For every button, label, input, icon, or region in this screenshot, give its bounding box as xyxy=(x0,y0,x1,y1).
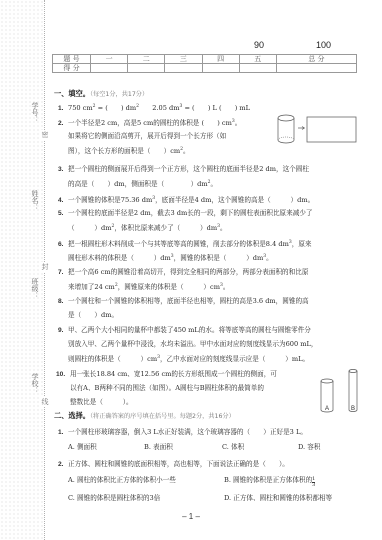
figure-label-b: B xyxy=(351,406,355,412)
binding-mark-xian: 线 xyxy=(40,397,50,407)
question-1-6-line2: 圆柱形木料的体积是（ ）dm3，圆锥的体积是（ ）dm3。 xyxy=(68,251,273,264)
score-col-5: 五 xyxy=(239,55,276,64)
q-text: 。 xyxy=(220,224,227,232)
option-2-1-d[interactable]: D. 容积 xyxy=(298,441,320,453)
score-col-total: 总 分 xyxy=(276,55,356,64)
question-1-9-line3: 则圆柱的体积是（ ）cm3，乙中水面对应的刻度线显示应是（ ）mL。 xyxy=(68,352,309,365)
section1-note: （每空1分，共17分） xyxy=(90,91,148,98)
question-number: 2. xyxy=(58,118,68,130)
question-1-1: 1.750 cm2 = ( ) dm2 2.05 dm3 = ( ) L ( )… xyxy=(58,101,250,115)
question-number: 8. xyxy=(58,296,68,308)
option-2-2-a[interactable]: A. 圆柱的体积比正方体的体积小一些 xyxy=(68,474,176,486)
q-text: 图），这个长方形的面积是（ ）cm xyxy=(68,147,180,155)
question-1-7: 7.把一个高6 cm的圆锥沿着高切开，得到完全相同的两部分，两部分表面积的和比原 xyxy=(58,266,308,279)
question-1-8-line2: 是（ ）dm。 xyxy=(68,309,118,321)
question-2-1: 1.一个圆柱形玻璃容器，倒入3 L水正好装满，这个玻璃容器的（ ）正好是3 L。 xyxy=(58,426,307,439)
question-1-10-line3: 整数比是（ ）。 xyxy=(70,396,133,408)
class-label: 班级： xyxy=(30,278,40,299)
q-text: 。 xyxy=(211,180,218,188)
question-number: 6. xyxy=(58,239,68,251)
score-table-header-row: 题 号 一 二 三 四 五 总 分 xyxy=(53,55,357,64)
question-number: 4. xyxy=(58,195,68,207)
section2-note: （将正确答案的序号填在括号里。每题2分，共16分） xyxy=(90,413,235,420)
q-text: 把一个高6 cm的圆锥沿着高切开，得到完全相同的两部分，两部分表面积的和比原 xyxy=(68,268,308,276)
score-col-4: 四 xyxy=(202,55,239,64)
q-text: = ( ) L ( ) mL xyxy=(182,104,250,112)
score-top-100: 100 xyxy=(316,40,331,50)
q-text: （ ）dm xyxy=(68,224,111,232)
question-1-5: 5.一个圆柱的底面半径是2 dm，截去3 dm长的一段，剩下的圆柱表面积比原来减… xyxy=(58,207,313,220)
score-cell[interactable] xyxy=(128,64,165,73)
question-number: 2. xyxy=(58,459,68,471)
score-cell[interactable] xyxy=(165,64,202,73)
question-number: 10. xyxy=(56,369,70,381)
q-text: 750 cm xyxy=(68,104,93,112)
q-text: 2.05 dm xyxy=(139,104,179,112)
score-col-2: 二 xyxy=(128,55,165,64)
section1-title-text: 一、填空。 xyxy=(54,89,90,98)
score-col-3: 三 xyxy=(165,55,202,64)
q-text: 则圆柱的体积是（ ）cm xyxy=(68,355,157,363)
question-1-3-line2: 的高是（ ）dm，侧面积是（ ）dm2。 xyxy=(68,177,217,190)
question-1-8: 8.一个圆柱和一个圆锥的体积相等，底面半径也相等，圆柱的高是3.6 dm，圆锥的… xyxy=(58,295,309,308)
score-table-score-row: 得 分 xyxy=(53,64,357,73)
q-text: 正方体、圆柱和圆锥的底面积相等，高也相等，下面说法正确的是（ ）。 xyxy=(68,460,289,468)
q-text: ，原来 xyxy=(292,240,312,248)
question-1-9-line2: 别放入甲、乙两个量杯中浸没，水均未溢出。甲中水面对应的刻度线显示为600 mL， xyxy=(68,338,318,350)
q-text: 的高是（ ）dm，侧面积是（ ）dm xyxy=(68,180,208,188)
score-cell[interactable] xyxy=(239,64,276,73)
cylinders-ab-figure xyxy=(318,368,368,420)
score-table: 题 号 一 二 三 四 五 总 分 得 分 xyxy=(52,54,357,73)
student-number-label: 学号： xyxy=(30,102,40,123)
school-label: 学校： xyxy=(30,373,40,394)
q-text: 把一个圆柱的侧面展开后得到一个正方形，这个圆柱的底面半径是2 dm，这个圆柱 xyxy=(68,165,309,173)
question-1-7-line2: 来增加了24 cm2，圆锥原来的体积是（ ）cm3。 xyxy=(68,280,229,293)
question-number: 9. xyxy=(58,325,68,337)
score-col-1: 一 xyxy=(91,55,128,64)
q-text: = ( ) dm xyxy=(96,104,137,112)
q-text: 一个半径是2 cm，高是5 cm的圆柱的体积是 ( ) cm xyxy=(68,119,232,127)
q-text: ，乙中水面对应的刻度线显示应是（ ）mL。 xyxy=(160,355,309,363)
q-text: 一个圆锥的体积是75.36 dm xyxy=(68,196,152,204)
q-text: 。 xyxy=(183,147,190,155)
question-number: 3. xyxy=(58,164,68,176)
option-2-1-c[interactable]: C. 体积 xyxy=(222,441,244,453)
question-number: 1. xyxy=(58,427,68,439)
score-cell[interactable] xyxy=(202,64,239,73)
section2-title-text: 二、选择。 xyxy=(54,411,90,420)
option-2-1-a[interactable]: A. 侧面积 xyxy=(68,441,97,453)
page-number: – 1 – xyxy=(0,512,382,521)
score-top-90: 90 xyxy=(254,40,264,50)
binding-mark-feng: 封 xyxy=(40,262,50,272)
binding-margin-pattern xyxy=(0,0,44,540)
q-text: 一个圆柱的底面半径是2 dm，截去3 dm长的一段，剩下的圆柱表面积比原来减少了 xyxy=(68,209,313,217)
section1-title: 一、填空。（每空1分，共17分） xyxy=(54,88,148,101)
question-1-2-line3: 图），这个长方形的面积是（ ）cm2。 xyxy=(68,144,190,157)
q-text: 用一张长18.84 cm、宽12.56 cm的长方形纸围成一个圆柱的侧面，可 xyxy=(70,370,277,378)
question-1-5-line2: （ ）dm2，体积比原来减少了（ ）dm3。 xyxy=(68,221,227,234)
score-row-label: 得 分 xyxy=(53,64,91,73)
fraction-one-third: 13 xyxy=(312,477,315,488)
q-text: 。 xyxy=(235,119,242,127)
q-text: ，圆锥原来的体积是（ ）cm xyxy=(118,283,220,291)
q-text: ，底面半径是4 dm，这个圆锥的高是（ ）dm。 xyxy=(155,196,314,204)
frac-denominator: 3 xyxy=(312,483,315,488)
question-number: 7. xyxy=(58,267,68,279)
question-2-2: 2.正方体、圆柱和圆锥的底面积相等，高也相等，下面说法正确的是（ ）。 xyxy=(58,458,289,471)
question-1-9: 9.甲、乙两个大小相同的量杯中都装了450 mL的水。将等底等高的圆柱与圆锥零件… xyxy=(58,324,311,337)
question-1-2-line2: 如果将它的侧面沿高剪开，展开后得到一个长方形（如 xyxy=(68,130,226,142)
option-2-2-b[interactable]: B. 圆锥的体积是正方体体积的13 xyxy=(224,474,315,488)
q-text: ，圆锥的体积是（ ）dm xyxy=(174,254,264,262)
question-1-10: 10.用一张长18.84 cm、宽12.56 cm的长方形纸围成一个圆柱的侧面，… xyxy=(56,368,277,381)
q-text: 圆柱形木料的体积是（ ）dm xyxy=(68,254,171,262)
q-text: ，体积比原来减少了（ ）dm xyxy=(114,224,217,232)
binding-mark-mi: 密 xyxy=(40,130,50,140)
cylinder-unroll-figure xyxy=(277,113,357,147)
score-col-label: 题 号 xyxy=(53,55,91,64)
q-text: 一个圆柱和一个圆锥的体积相等，底面半径也相等，圆柱的高是3.6 dm，圆锥的高 xyxy=(68,297,309,305)
q-text: 。 xyxy=(266,254,273,262)
question-1-2: 2.一个半径是2 cm，高是5 cm的圆柱的体积是 ( ) cm3。 xyxy=(58,116,241,130)
q-text: 甲、乙两个大小相同的量杯中都装了450 mL的水。将等底等高的圆柱与圆锥零件分 xyxy=(68,326,311,334)
option-text: B. 圆锥的体积是正方体体积的 xyxy=(224,476,312,484)
question-1-4: 4.一个圆锥的体积是75.36 dm3，底面半径是4 dm，这个圆锥的高是（ ）… xyxy=(58,193,314,207)
score-cell[interactable] xyxy=(91,64,128,73)
q-text: 来增加了24 cm xyxy=(68,283,115,291)
question-number: 5. xyxy=(58,208,68,220)
q-text: 一个圆柱形玻璃容器，倒入3 L水正好装满，这个玻璃容器的（ ）正好是3 L。 xyxy=(68,428,307,436)
question-1-6: 6.把一根圆柱形木料削成一个与其等底等高的圆锥，削去部分的体积是8.4 dm3，… xyxy=(58,237,312,251)
question-1-10-line2: 以有A、B两种不同的围法（如图）。A圆柱与B圆柱体积的最简单的 xyxy=(70,382,264,394)
question-number: 1. xyxy=(58,103,68,115)
question-1-3: 3.把一个圆柱的侧面展开后得到一个正方形，这个圆柱的底面半径是2 dm，这个圆柱 xyxy=(58,163,309,176)
option-2-2-c[interactable]: C. 圆锥的体积是圆柱体积的3倍 xyxy=(68,492,160,504)
section2-title: 二、选择。（将正确答案的序号填在括号里。每题2分，共16分） xyxy=(54,410,235,423)
q-text: 把一根圆柱形木料削成一个与其等底等高的圆锥，削去部分的体积是8.4 dm xyxy=(68,240,289,248)
option-2-1-b[interactable]: B. 表面积 xyxy=(144,441,173,453)
figure-label-a: A xyxy=(325,406,329,412)
q-text: 。 xyxy=(223,283,230,291)
score-cell[interactable] xyxy=(276,64,356,73)
name-label: 姓名： xyxy=(30,190,40,211)
option-2-2-d[interactable]: D. 正方体、圆柱和圆锥的体积都相等 xyxy=(224,492,332,504)
